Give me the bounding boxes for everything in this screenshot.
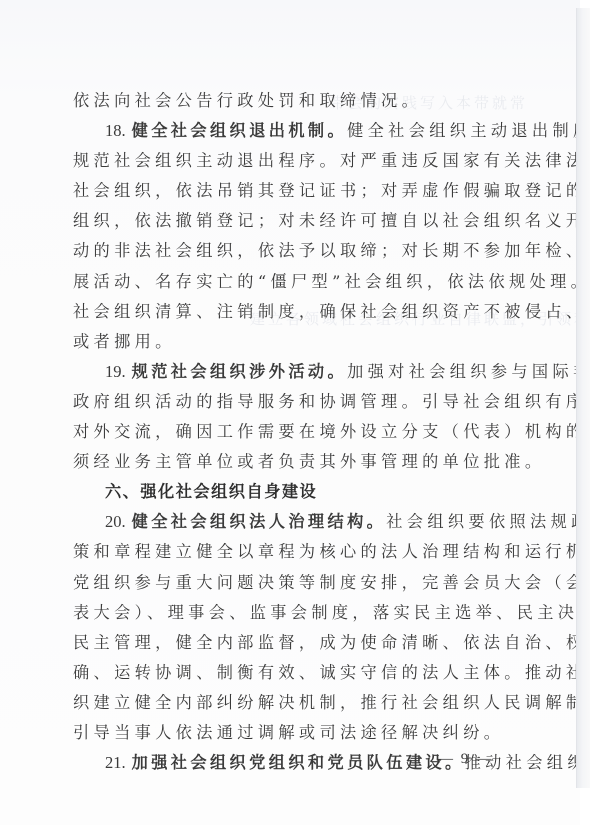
item-title: 规范社会组织涉外活动。 <box>132 362 347 381</box>
text-line: 织建立健全内部纠纷解决机制，推行社会组织人民调解制度， <box>73 688 508 718</box>
line-text: 依法向社会公告行政处罚和取缔情况。 <box>73 91 422 110</box>
line-text: 动的非法社会组织，依法予以取缔；对长期不参加年检、不开 <box>73 241 600 260</box>
item-title: 健全社会组织退出机制。 <box>132 121 347 140</box>
line-text: 社会组织清算、注销制度，确保社会组织资产不被侵占、私分 <box>73 302 600 321</box>
text-line: 引导当事人依法通过调解或司法途径解决纠纷。 <box>73 718 508 748</box>
line-text: 规范社会组织主动退出程序。对严重违反国家有关法律法规的 <box>73 151 600 170</box>
line-text: 须经业务主管单位或者负责其外事管理的单位批准。 <box>73 452 545 471</box>
line-text: 加强对社会组织参与国际非 <box>347 362 593 381</box>
item-number: 21. <box>105 753 126 772</box>
text-line: 展活动、名存实亡的“僵尸型”社会组织，依法依规处理。完善 <box>73 267 508 297</box>
text-line: 组织，依法撤销登记；对未经许可擅自以社会组织名义开展活 <box>73 206 508 236</box>
line-text: 组织，依法撤销登记；对未经许可擅自以社会组织名义开展活 <box>73 211 600 230</box>
text-line: 对外交流，确因工作需要在境外设立分支（代表）机构的，必 <box>73 417 508 447</box>
section-20-heading-line: 20.健全社会组织法人治理结构。社会组织要依照法规政 <box>73 507 508 537</box>
line-text: 确、运转协调、制衡有效、诚实守信的法人主体。推动社会组 <box>73 663 600 682</box>
page-edge-shadow <box>576 8 591 788</box>
section-18-heading-line: 18.健全社会组织退出机制。健全社会组织主动退出制度， <box>73 116 508 146</box>
chapter-heading: 六、强化社会组织自身建设 <box>105 482 317 501</box>
line-text: 表大会）、理事会、监事会制度，落实民主选举、民主决策和 <box>73 603 600 622</box>
text-line: 或者挪用。 <box>73 327 508 357</box>
text-line: 须经业务主管单位或者负责其外事管理的单位批准。 <box>73 447 508 477</box>
text-line: 党组织参与重大问题决策等制度安排，完善会员大会（会员代 <box>73 568 508 598</box>
line-text: 民主管理，健全内部监督，成为使命清晰、依法自治、权责明 <box>73 633 600 652</box>
line-text: 展活动、名存实亡的“僵尸型”社会组织，依法依规处理。完善 <box>73 272 600 291</box>
document-page: 带会的实践写入本带就常 建立各领域社会组织行业自律联盟，引领和促进行业 依法向社… <box>0 0 580 825</box>
line-text: 党组织参与重大问题决策等制度安排，完善会员大会（会员代 <box>73 573 600 592</box>
text-line: 社会组织清算、注销制度，确保社会组织资产不被侵占、私分 <box>73 297 508 327</box>
text-line: 策和章程建立健全以章程为核心的法人治理结构和运行机制及 <box>73 537 508 567</box>
text-line: 动的非法社会组织，依法予以取缔；对长期不参加年检、不开 <box>73 236 508 266</box>
text-line: 政府组织活动的指导服务和协调管理。引导社会组织有序开展 <box>73 387 508 417</box>
item-title: 健全社会组织法人治理结构。 <box>132 512 387 531</box>
line-text: 织建立健全内部纠纷解决机制，推行社会组织人民调解制度， <box>73 693 600 712</box>
line-text: 社会组织要依照法规政 <box>386 512 591 531</box>
line-text: 或者挪用。 <box>73 332 176 351</box>
chapter-heading-line: 六、强化社会组织自身建设 <box>73 477 508 507</box>
text-line: 社会组织，依法吊销其登记证书；对弄虚作假骗取登记的社会 <box>73 176 508 206</box>
line-text: 社会组织，依法吊销其登记证书；对弄虚作假骗取登记的社会 <box>73 181 600 200</box>
text-line: 确、运转协调、制衡有效、诚实守信的法人主体。推动社会组 <box>73 658 508 688</box>
section-19-heading-line: 19.规范社会组织涉外活动。加强对社会组织参与国际非 <box>73 357 508 387</box>
text-line: 依法向社会公告行政处罚和取缔情况。 <box>73 86 508 116</box>
line-text: 引导当事人依法通过调解或司法途径解决纠纷。 <box>73 723 504 742</box>
line-text: 政府组织活动的指导服务和协调管理。引导社会组织有序开展 <box>73 392 600 411</box>
item-number: 18. <box>105 121 126 140</box>
body-text: 依法向社会公告行政处罚和取缔情况。 18.健全社会组织退出机制。健全社会组织主动… <box>73 86 508 778</box>
item-number: 20. <box>105 512 126 531</box>
text-line: 民主管理，健全内部监督，成为使命清晰、依法自治、权责明 <box>73 628 508 658</box>
line-text: 健全社会组织主动退出制度， <box>347 121 600 140</box>
item-title: 加强社会组织党组织和党员队伍建设。 <box>132 753 465 772</box>
item-number: 19. <box>105 362 126 381</box>
text-line: 规范社会组织主动退出程序。对严重违反国家有关法律法规的 <box>73 146 508 176</box>
page-number: — 9 — <box>438 751 493 768</box>
text-line: 表大会）、理事会、监事会制度，落实民主选举、民主决策和 <box>73 598 508 628</box>
page-margin <box>590 0 600 825</box>
line-text: 对外交流，确因工作需要在境外设立分支（代表）机构的，必 <box>73 422 600 441</box>
line-text: 策和章程建立健全以章程为核心的法人治理结构和运行机制及 <box>73 542 600 561</box>
